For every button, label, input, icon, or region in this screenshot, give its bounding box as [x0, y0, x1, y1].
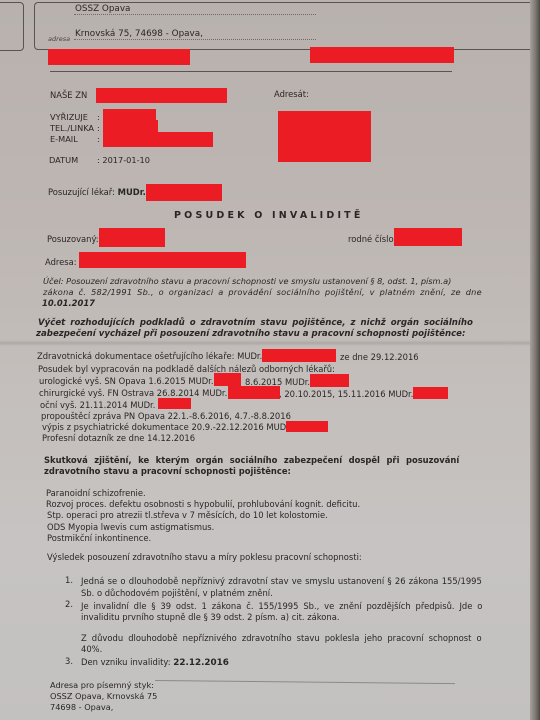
source-item-date: ze dne 29.12.2016: [340, 352, 419, 363]
finding-item: Stp. operaci pro atrezii tl.střeva v 7 m…: [47, 510, 328, 521]
result-heading: Výsledek posouzení zdravotního stavu a m…: [47, 552, 362, 563]
findings-heading-line-1: Skutková zjištění, ke kterým orgán sociá…: [44, 455, 459, 466]
result-item-1-line-2: Sb. o důchodovém pojištění, v platném zn…: [81, 588, 273, 599]
source-item: Zdravotnická dokumentace ošetřujícího lé…: [37, 351, 262, 362]
source-item: výpis z psychiatrické dokumentace 20.9.-…: [42, 422, 292, 433]
redaction-block: [96, 88, 227, 103]
sources-heading-line-2: zabezpečení vycházel při posouzení zdrav…: [36, 329, 465, 340]
result-item-2-number: 2.: [65, 599, 73, 610]
source-item-cont: , 20.10.2015, 15.11.2016 MUDr.: [279, 389, 413, 400]
redaction-block: [158, 398, 191, 409]
redaction-block: [278, 111, 371, 162]
redaction-block: [103, 132, 213, 147]
birth-number-label: rodné číslo:: [348, 234, 396, 245]
our-ref-label: NAŠE ZN: [50, 90, 87, 101]
redaction-block: [310, 47, 454, 63]
redaction-block: [228, 386, 280, 399]
correspondence-line-1: OSSZ Opava, Krnovská 75: [50, 691, 157, 702]
address-label: Adresa:: [45, 257, 77, 268]
correspondence-line-2: 74698 - Opava,: [50, 702, 113, 713]
redaction-block: [99, 228, 165, 247]
purpose-label: Účel:: [43, 276, 64, 286]
redaction-block: [79, 252, 246, 268]
assessor-label: Posuzující lékař: MUDr.: [48, 187, 146, 198]
assessor-label-text: Posuzující lékař:: [48, 187, 115, 197]
result-item-1-number: 1.: [65, 575, 73, 586]
result-item-2-line-2: invaliditu prvního stupně dle § 39 odst.…: [81, 612, 340, 623]
phone-colon: :: [97, 123, 100, 134]
scanned-document-page: OSSZ Opava adresa Krnovská 75, 74698 - O…: [0, 0, 540, 720]
invalidity-onset-label: Den vzniku invalidity:: [81, 657, 171, 667]
purpose-line-2: zákona č. 582/1991 Sb., o organizaci a p…: [43, 287, 482, 298]
redaction-block: [413, 387, 448, 399]
handled-by-label: VYŘIZUJE: [50, 112, 88, 123]
source-item: Profesní dotazník ze dne 14.12.2016: [42, 433, 195, 444]
paper-fold: [0, 340, 540, 346]
finding-item: Postmikční inkontinence.: [47, 533, 151, 544]
redaction-block: [48, 49, 190, 65]
source-item: oční vyš. 21.11.2014 MUDr.: [40, 400, 155, 411]
result-note-line-2: 40%.: [81, 644, 102, 655]
purpose-text-1: Posouzení zdravotního stavu a pracovní s…: [64, 276, 452, 286]
header-divider: [50, 71, 452, 72]
result-item-3-number: 3.: [65, 656, 73, 667]
phone-label: TEL./LINKA: [50, 123, 94, 134]
result-note-line-1: Z důvodu dlouhodobě nepříznivého zdravot…: [81, 633, 482, 644]
date-value: : 2017-01-10: [97, 155, 150, 166]
source-item: Posudek byl vypracován na podkladě další…: [38, 364, 335, 375]
handled-by-colon: :: [97, 112, 100, 123]
sender-name-underline: [74, 14, 316, 15]
result-item-1-line-1: Jedná se o dlouhodobě nepříznivý zdravot…: [81, 576, 482, 587]
assessed-person-label: Posuzovaný:: [47, 234, 99, 245]
date-label: DATUM: [49, 155, 78, 166]
findings-heading-line-2: zdravotního stavu a pracovní schopnosti …: [44, 466, 291, 477]
purpose-line-1: Účel: Posouzení zdravotního stavu a prac…: [43, 276, 451, 287]
invalidity-onset: Den vzniku invalidity: 22.12.2016: [81, 657, 229, 669]
footer-divider: [155, 680, 455, 684]
email-colon: :: [97, 134, 100, 145]
source-item: chirurgické vyš. FN Ostrava 26.8.2014 MU…: [39, 388, 227, 399]
purpose-date: 10.01.2017: [42, 298, 95, 309]
recipient-label: Adresát:: [274, 89, 309, 100]
sender-address-label: adresa: [48, 35, 70, 43]
source-item-text: Zdravotnická dokumentace ošetřujícího lé…: [37, 351, 262, 361]
redaction-block: [394, 228, 462, 246]
result-item-2-line-1: Je invalidní dle § 39 odst. 1 zákona č. …: [81, 601, 482, 612]
source-item: propouštěcí zpráva PN Opava 22.1.-8.6.20…: [41, 411, 291, 422]
paper-edge-shadow: [530, 0, 540, 720]
redaction-block: [262, 349, 336, 362]
email-label: E-MAIL: [50, 134, 78, 145]
invalidity-onset-date: 22.12.2016: [173, 658, 229, 668]
redaction-block: [146, 184, 222, 201]
left-margin-box: [0, 2, 24, 51]
finding-item: Paranoidní schizofrenie.: [46, 488, 146, 499]
sources-heading-line-1: Výčet rozhodujících podkladů o zdravotní…: [38, 318, 473, 329]
document-title: POSUDEK O INVALIDITĚ: [174, 210, 364, 221]
source-item: urologické vyš. SN Opava 1.6.2015 MUDr.: [39, 376, 214, 387]
finding-item: Rozvoj proces. defektu osobnosti s hypob…: [46, 499, 360, 510]
finding-item: ODS Myopia lwevis cum astigmatismus.: [47, 522, 214, 533]
assessor-prefix: MUDr.: [118, 187, 146, 197]
sender-address-underline: [74, 39, 316, 40]
redaction-block: [214, 373, 241, 386]
redaction-block: [310, 374, 349, 387]
correspondence-label: Adresa pro písemný styk:: [50, 680, 154, 691]
redaction-block: [286, 421, 328, 432]
